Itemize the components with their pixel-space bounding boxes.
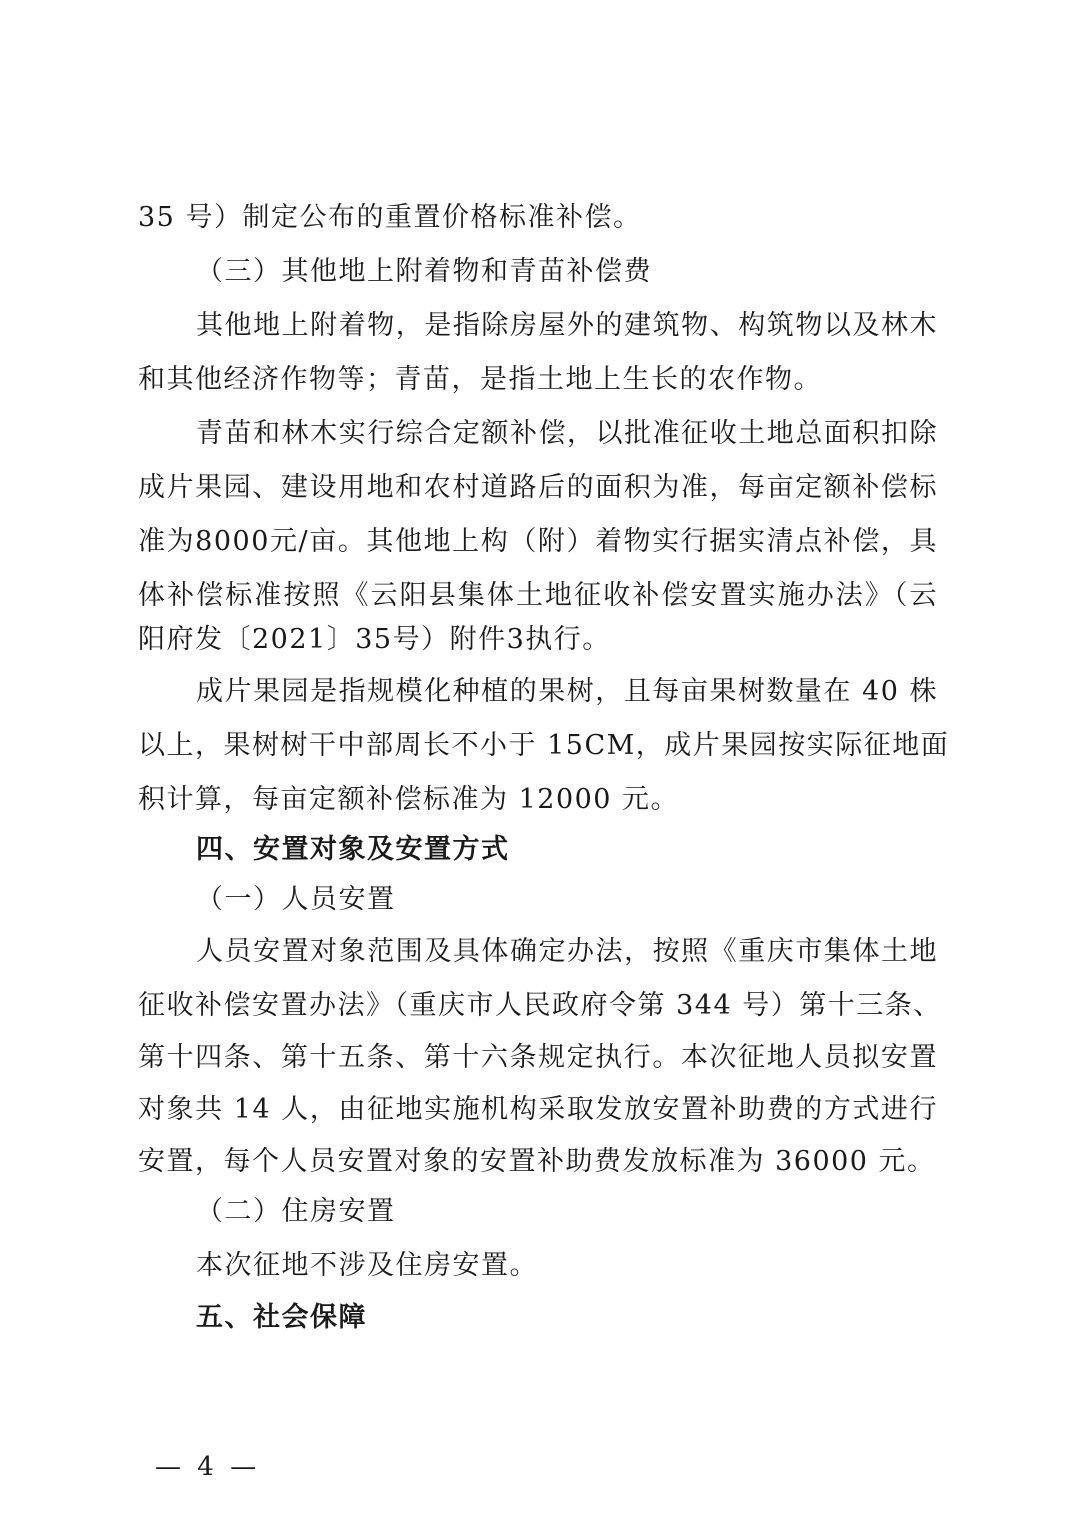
paragraph-line: 体补偿标准按照《云阳县集体土地征收补偿安置实施办法》（云 — [138, 578, 938, 614]
paragraph-line: 青苗和林木实行综合定额补偿，以批准征收土地总面积扣除 — [196, 416, 938, 452]
paragraph-line: 人员安置对象范围及具体确定办法，按照《重庆市集体土地 — [196, 934, 938, 970]
subsection-heading: （一）人员安置 — [196, 882, 996, 918]
paragraph-line: 成片果园、建设用地和农村道路后的面积为准，每亩定额补偿标 — [138, 470, 938, 506]
section-heading: 四、安置对象及安置方式 — [196, 832, 996, 868]
subsection-heading: （二）住房安置 — [196, 1194, 996, 1230]
paragraph-line: 成片果园是指规模化种植的果树，且每亩果树数量在 40 株 — [196, 674, 938, 710]
paragraph-line: 其他地上附着物，是指除房屋外的建筑物、构筑物以及林木 — [196, 308, 938, 344]
paragraph-line: 安置，每个人员安置对象的安置补助费发放标准为 36000 元。 — [138, 1144, 938, 1180]
paragraph-line: 和其他经济作物等；青苗，是指土地上生长的农作物。 — [138, 362, 938, 398]
paragraph-line: 以上，果树树干中部周长不小于 15CM，成片果园按实际征地面 — [138, 728, 938, 764]
paragraph-line: 阳府发〔2021〕35号）附件3执行。 — [138, 622, 938, 658]
paragraph-line: 35 号）制定公布的重置价格标准补偿。 — [138, 200, 938, 236]
document-page: 35 号）制定公布的重置价格标准补偿。 （三）其他地上附着物和青苗补偿费 其他地… — [0, 0, 1074, 1520]
paragraph-line: 第十四条、第十五条、第十六条规定执行。本次征地人员拟安置 — [138, 1040, 938, 1076]
paragraph-line: 积计算，每亩定额补偿标准为 12000 元。 — [138, 782, 938, 818]
page-number: — 4 — — [155, 1452, 260, 1482]
paragraph-line: 本次征地不涉及住房安置。 — [196, 1248, 996, 1284]
paragraph-line: 征收补偿安置办法》（重庆市人民政府令第 344 号）第十三条、 — [138, 988, 938, 1024]
paragraph-line: 准为8000元/亩。其他地上构（附）着物实行据实清点补偿，具 — [138, 524, 938, 560]
paragraph-line: 对象共 14 人，由征地实施机构采取发放安置补助费的方式进行 — [138, 1092, 938, 1128]
section-heading: 五、社会保障 — [196, 1300, 996, 1336]
subsection-heading: （三）其他地上附着物和青苗补偿费 — [196, 254, 996, 290]
